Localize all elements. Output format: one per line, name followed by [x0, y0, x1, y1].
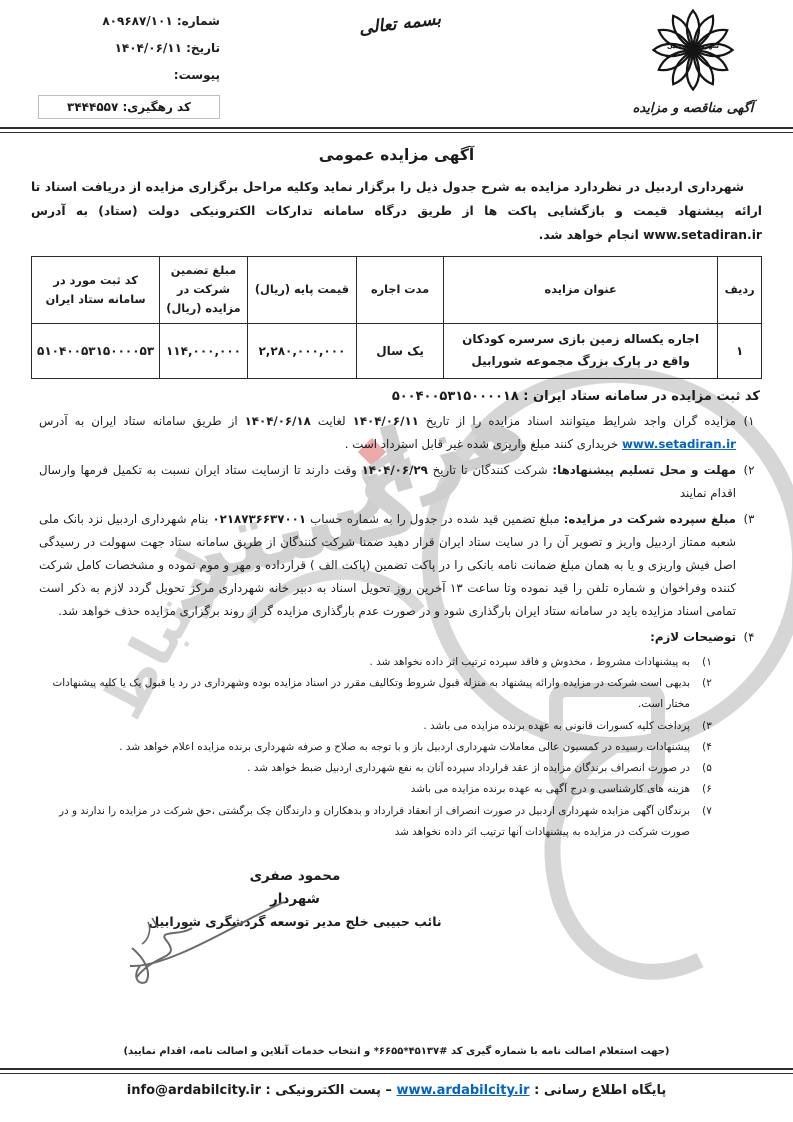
- doc-number-row: شماره: ۸۰۹۶۸۷/۱۰۱: [38, 14, 220, 28]
- bank-account-number: ۰۲۱۸۷۳۶۶۳۷۰۰۱: [212, 512, 306, 526]
- note-item: ۳) پرداخت کلیه کسورات قانونی به عهده برن…: [31, 716, 724, 737]
- col-header-lease-duration: مدت اجاره: [357, 256, 444, 323]
- cell-row-index: ۱: [718, 323, 762, 378]
- cell-base-price: ۲,۲۸۰,۰۰۰,۰۰۰: [247, 323, 356, 378]
- tracking-code-box: کد رهگیری: ۳۴۴۴۵۵۷: [38, 95, 220, 119]
- notes-list: ۱) به پیشنهادات مشروط ، مخدوش و فاقد سپر…: [31, 652, 724, 844]
- auction-table-header-row: ردیف عنوان مزایده مدت اجاره قیمت پایه (ر…: [32, 256, 762, 323]
- list-item-marker: ۳): [736, 508, 762, 623]
- conditions-list: ۱) مزایده گران واجد شرایط میتوانند اسناد…: [31, 410, 762, 844]
- signature-block: محمود صفری شهردار نائب حبیبی خلج مدیر تو…: [140, 868, 450, 929]
- note-text: پیشنهادات رسیده در کمسیون عالی معاملات ش…: [31, 737, 690, 758]
- col-header-row-index: ردیف: [718, 256, 762, 323]
- doc-number-label: شماره:: [177, 14, 220, 28]
- doc-date-value: ۱۴۰۴/۰۶/۱۱: [115, 41, 182, 55]
- authenticity-note-text: و انتخاب خدمات آنلاین و اصالت نامه، اقدا…: [123, 1046, 373, 1057]
- page-title: آگهی مزایده عمومی: [31, 146, 762, 164]
- email-address[interactable]: info@ardabilcity.ir: [127, 1083, 261, 1098]
- note-marker: ۷): [690, 801, 724, 844]
- auction-notice-page: هزار گستر ارتباط شماره: ۸۰۹۶۸۷/۱۰۱ تاریخ…: [0, 0, 793, 1122]
- notes-section-title: توضیحات لازم:: [650, 630, 736, 644]
- tracking-code-label: کد رهگیری:: [123, 100, 191, 114]
- item1-text: از طریق سامانه ستاد ایران به آدرس: [39, 414, 245, 428]
- municipality-logo: شهرداری اردبیل آگهی مناقصه و مزایده: [626, 4, 760, 116]
- item1-text: لغایت: [311, 414, 353, 428]
- logo-center-text: شهرداری اردبیل: [667, 42, 719, 50]
- list-item-marker: ۲): [736, 459, 762, 505]
- main-content: آگهی مزایده عمومی شهرداری اردبیل در نظرد…: [31, 140, 762, 843]
- item2-text: شرکت کنندگان تا تاریخ: [428, 463, 553, 477]
- logo-caption: آگهی مناقصه و مزایده: [626, 101, 760, 116]
- authenticity-note: (جهت استعلام اصالت نامه با شماره گیری کد…: [0, 1046, 793, 1057]
- doc-number-value: ۸۰۹۶۸۷/۱۰۱: [102, 14, 172, 28]
- tracking-code-value: ۳۴۴۴۵۵۷: [67, 100, 118, 114]
- ussd-code: *۶۶۵۵*۴۵۱۳۷#: [374, 1046, 448, 1057]
- note-marker: ۲): [690, 673, 724, 716]
- list-item-text: توضیحات لازم:: [31, 626, 736, 649]
- authenticity-note-text: (جهت استعلام اصالت نامه با شماره گیری کد: [447, 1046, 669, 1057]
- note-text: بدیهی است شرکت در مزایده وارائه پیشنهاد …: [31, 673, 690, 716]
- signature-scrawl-icon: [122, 890, 292, 986]
- doc-date-row: تاریخ: ۱۴۰۴/۰۶/۱۱: [38, 41, 220, 55]
- note-text: پرداخت کلیه کسورات قانونی به عهده برنده …: [31, 716, 690, 737]
- item1-date-end: ۱۴۰۴/۰۶/۱۸: [245, 414, 311, 428]
- footer-contact-line: پایگاه اطلاع رسانی : www.ardabilcity.ir …: [0, 1083, 793, 1098]
- note-text: برندگان آگهی مزایده شهرداری اردبیل در صو…: [31, 801, 690, 844]
- item2-lead: مهلت و محل تسلیم پیشنهادها:: [552, 463, 736, 477]
- cell-lease-duration: یک سال: [357, 323, 444, 378]
- note-text: هزینه های کارشناسی و درج آگهی به عهده بر…: [31, 779, 690, 800]
- email-label: – پست الکترونیکی :: [266, 1083, 392, 1098]
- list-item: ۱) مزایده گران واجد شرایط میتوانند اسناد…: [31, 410, 762, 456]
- note-item: ۲) بدیهی است شرکت در مزایده وارائه پیشنه…: [31, 673, 724, 716]
- note-marker: ۵): [690, 758, 724, 779]
- auction-table: ردیف عنوان مزایده مدت اجاره قیمت پایه (ر…: [31, 256, 762, 379]
- doc-attachment-row: پیوست:: [38, 68, 220, 82]
- header-meta: شماره: ۸۰۹۶۸۷/۱۰۱ تاریخ: ۱۴۰۴/۰۶/۱۱ پیوس…: [38, 14, 220, 119]
- cell-deposit: ۱۱۴,۰۰۰,۰۰۰: [160, 323, 248, 378]
- registration-code-label: کد ثبت مزایده در سامانه ستاد ایران :: [523, 389, 760, 404]
- note-item: ۷) برندگان آگهی مزایده شهرداری اردبیل در…: [31, 801, 724, 844]
- doc-date-label: تاریخ:: [186, 41, 220, 55]
- registration-code-line: کد ثبت مزایده در سامانه ستاد ایران : ۵۰۰…: [31, 389, 760, 404]
- besmele-calligraphy: بسمه تعالی: [347, 8, 453, 41]
- doc-attachment-label: پیوست:: [174, 68, 220, 82]
- note-text: به پیشنهادات مشروط ، مخدوش و فاقد سپرده …: [31, 652, 690, 673]
- col-header-base-price: قیمت پایه (ریال): [247, 256, 356, 323]
- cell-setad-code: ۵۱۰۴۰۰۵۳۱۵۰۰۰۰۵۳: [32, 323, 160, 378]
- footer-divider: [0, 1068, 793, 1074]
- list-item-text: مهلت و محل تسلیم پیشنهادها: شرکت کنندگان…: [31, 459, 736, 505]
- list-item: ۴) توضیحات لازم:: [31, 626, 762, 649]
- intro-paragraph: شهرداری اردبیل در نظردارد مزایده به شرح …: [31, 176, 762, 248]
- note-marker: ۴): [690, 737, 724, 758]
- list-item-marker: ۱): [736, 410, 762, 456]
- signer-name: محمود صفری: [140, 868, 450, 884]
- list-item-text: مزایده گران واجد شرایط میتوانند اسناد مز…: [31, 410, 736, 456]
- item1-text: خریداری کنند مبلغ واریزی شده غیر قابل اس…: [345, 437, 622, 451]
- item3-text: بنام شهرداری اردبیل نزد بانک ملی شعبه مم…: [39, 512, 736, 618]
- header-divider: [0, 127, 793, 133]
- list-item-text: مبلغ سپرده شرکت در مزایده: مبلغ تضمین قی…: [31, 508, 736, 623]
- note-item: ۴) پیشنهادات رسیده در کمسیون عالی معاملا…: [31, 737, 724, 758]
- list-item: ۳) مبلغ سپرده شرکت در مزایده: مبلغ تضمین…: [31, 508, 762, 623]
- item1-text: مزایده گران واجد شرایط میتوانند اسناد مز…: [419, 414, 736, 428]
- list-item-marker: ۴): [736, 626, 762, 649]
- note-marker: ۳): [690, 716, 724, 737]
- col-header-setad-code: کد ثبت مورد در سامانه ستاد ایران: [32, 256, 160, 323]
- website-label: پایگاه اطلاع رسانی :: [534, 1083, 666, 1098]
- setadiran-link[interactable]: www.setadiran.ir: [622, 437, 736, 451]
- note-marker: ۶): [690, 779, 724, 800]
- website-link[interactable]: www.ardabilcity.ir: [396, 1083, 529, 1098]
- col-header-auction-title: عنوان مزایده: [444, 256, 718, 323]
- note-item: ۱) به پیشنهادات مشروط ، مخدوش و فاقد سپر…: [31, 652, 724, 673]
- note-text: در صورت انصراف برندگان مزایده از عقد قرا…: [31, 758, 690, 779]
- municipality-logo-icon: شهرداری اردبیل: [647, 4, 739, 96]
- registration-code-value: ۵۰۰۴۰۰۵۳۱۵۰۰۰۰۱۸: [392, 389, 519, 404]
- note-item: ۵) در صورت انصراف برندگان مزایده از عقد …: [31, 758, 724, 779]
- intro-text-before: شهرداری اردبیل در نظردارد مزایده به شرح …: [31, 180, 762, 218]
- col-header-deposit: مبلغ تضمین شرکت در مزایده (ریال): [160, 256, 248, 323]
- intro-text-after: انجام خواهد شد.: [539, 228, 643, 242]
- item3-text: مبلغ تضمین قید شده در جدول را به شماره ح…: [306, 512, 564, 526]
- item3-lead: مبلغ سپرده شرکت در مزایده:: [564, 512, 736, 526]
- list-item: ۲) مهلت و محل تسلیم پیشنهادها: شرکت کنند…: [31, 459, 762, 505]
- item1-date-start: ۱۴۰۴/۰۶/۱۱: [353, 414, 419, 428]
- item2-deadline-date: ۱۴۰۴/۰۶/۲۹: [362, 463, 428, 477]
- note-item: ۶) هزینه های کارشناسی و درج آگهی به عهده…: [31, 779, 724, 800]
- note-marker: ۱): [690, 652, 724, 673]
- auction-table-row: ۱ اجاره یکساله زمین بازی سرسره کودکان وا…: [32, 323, 762, 378]
- cell-auction-title: اجاره یکساله زمین بازی سرسره کودکان واقع…: [444, 323, 718, 378]
- setadiran-link[interactable]: www.setadiran.ir: [643, 228, 762, 242]
